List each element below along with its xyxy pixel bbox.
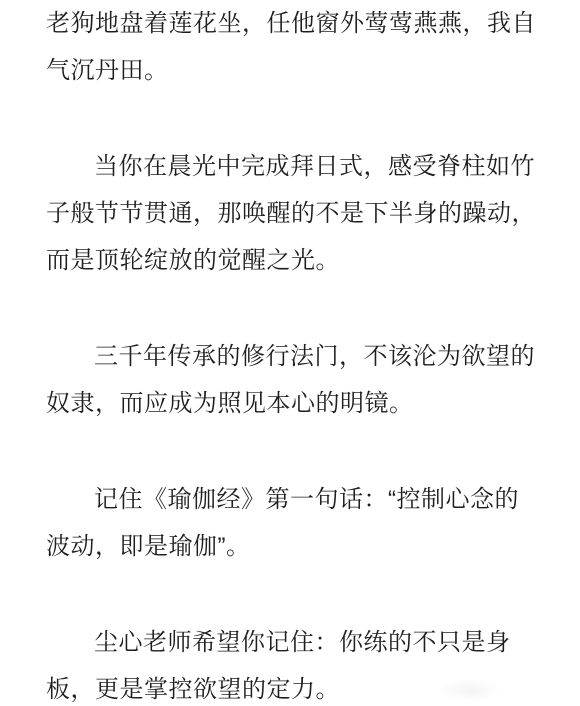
article-page: 老狗地盘着莲花坐，任他窗外莺莺燕燕，我自 气沉丹田。 当你在晨光中完成拜日式，感… — [0, 0, 580, 706]
paragraph: 当你在晨光中完成拜日式，感受脊柱如竹 子般节节贯通，那唤醒的不是下半身的躁动， … — [46, 143, 562, 284]
paragraph: 记住《瑜伽经》第一句话：“控制心念的 波动，即是瑜伽”。 — [46, 476, 562, 570]
paragraph: 尘心老师希望你记住：你练的不只是身 板，更是掌控欲望的定力。 — [46, 619, 562, 706]
paragraph: 三千年传承的修行法门，不该沦为欲望的 奴隶，而应成为照见本心的明镜。 — [46, 333, 562, 427]
paragraph: 老狗地盘着莲花坐，任他窗外莺莺燕燕，我自 气沉丹田。 — [46, 0, 562, 94]
